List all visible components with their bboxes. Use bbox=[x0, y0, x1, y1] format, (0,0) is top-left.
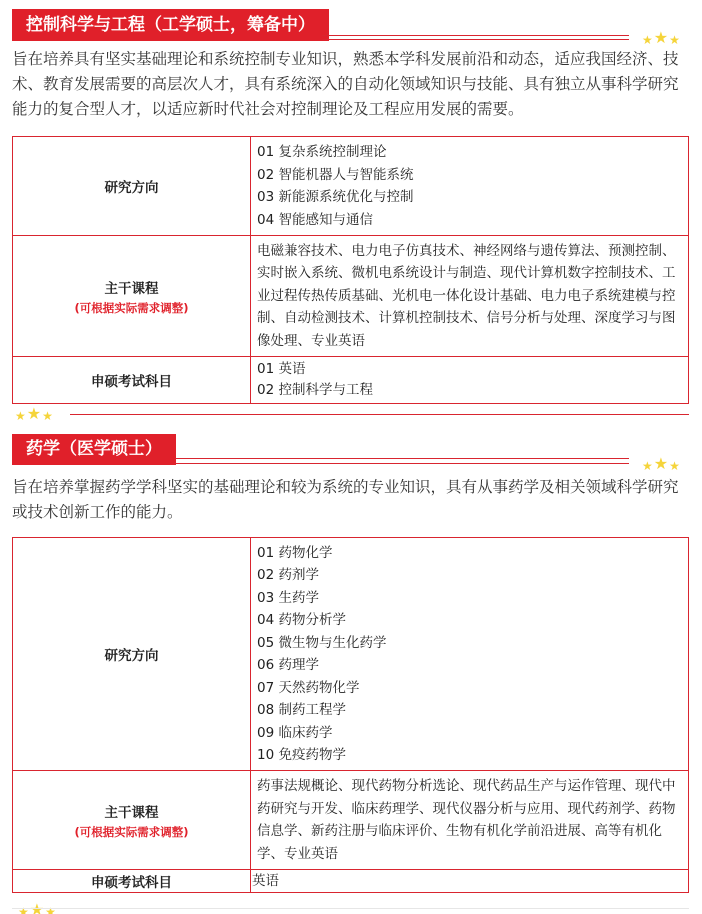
exam-label: 申硕考试科目 bbox=[13, 357, 251, 404]
section-title: 控制科学与工程（工学硕士，筹备中） bbox=[12, 9, 329, 41]
table-row: 研究方向 01 复杂系统控制理论 02 智能机器人与智能系统 03 新能源系统优… bbox=[13, 137, 689, 236]
research-label: 研究方向 bbox=[13, 538, 251, 771]
section-control-science: 控制科学与工程（工学硕士，筹备中） ★ ★ ★ 旨在培养具有坚实基础理论和系统控… bbox=[0, 9, 702, 41]
section-intro: 旨在培养掌握药学学科坚实的基础理论和较为系统的专业知识，具有从事药学及相关领域科… bbox=[12, 475, 692, 525]
exam-list: 英语 bbox=[251, 870, 689, 893]
list-item: 03 生药学 bbox=[257, 587, 682, 610]
program-table: 研究方向 01 复杂系统控制理论 02 智能机器人与智能系统 03 新能源系统优… bbox=[12, 136, 689, 404]
courses-label: 主干课程 bbox=[105, 805, 159, 821]
table-row: 主干课程 (可根据实际需求调整) 药事法规概论、现代药物分析选论、现代药品生产与… bbox=[13, 771, 689, 870]
star-icon: ★ bbox=[642, 460, 653, 472]
table-row: 申硕考试科目 英语 bbox=[13, 870, 689, 893]
list-item: 02 智能机器人与智能系统 bbox=[257, 164, 682, 187]
table-row: 申硕考试科目 01 英语 02 控制科学与工程 bbox=[13, 357, 689, 404]
list-item: 06 药理学 bbox=[257, 654, 682, 677]
exam-label: 申硕考试科目 bbox=[13, 870, 251, 893]
list-item: 09 临床药学 bbox=[257, 722, 682, 745]
list-item: 01 英语 bbox=[257, 359, 682, 380]
star-icon: ★ bbox=[654, 30, 668, 46]
list-item: 04 药物分析学 bbox=[257, 609, 682, 632]
star-icon: ★ bbox=[27, 406, 41, 422]
research-list: 01 复杂系统控制理论 02 智能机器人与智能系统 03 新能源系统优化与控制 … bbox=[251, 137, 689, 236]
list-item: 07 天然药物化学 bbox=[257, 677, 682, 700]
table-row: 研究方向 01 药物化学 02 药剂学 03 生药学 04 药物分析学 05 微… bbox=[13, 538, 689, 771]
list-item: 01 药物化学 bbox=[257, 542, 682, 565]
section-title: 药学（医学硕士） bbox=[12, 434, 176, 465]
star-icon: ★ bbox=[669, 34, 680, 46]
section-divider bbox=[70, 414, 689, 415]
list-item: 英语 bbox=[252, 871, 687, 891]
star-icon: ★ bbox=[642, 34, 653, 46]
stars-decoration: ★ ★ ★ bbox=[642, 30, 680, 46]
star-icon: ★ bbox=[42, 410, 53, 422]
star-icon: ★ bbox=[654, 456, 668, 472]
courses-note: (可根据实际需求调整) bbox=[14, 824, 249, 840]
section-header: 药学（医学硕士） ★ ★ ★ bbox=[0, 434, 702, 465]
list-item: 01 复杂系统控制理论 bbox=[257, 141, 682, 164]
courses-note: (可根据实际需求调整) bbox=[14, 300, 249, 316]
header-divider bbox=[174, 463, 629, 464]
courses-label-cell: 主干课程 (可根据实际需求调整) bbox=[13, 236, 251, 357]
courses-text: 电磁兼容技术、电力电子仿真技术、神经网络与遗传算法、预测控制、实时嵌入系统、微机… bbox=[251, 236, 689, 357]
section-pharmacy: 药学（医学硕士） ★ ★ ★ 旨在培养掌握药学学科坚实的基础理论和较为系统的专业… bbox=[0, 434, 702, 465]
header-divider bbox=[322, 39, 629, 40]
header-divider bbox=[174, 458, 629, 459]
stars-decoration: ★ ★ ★ bbox=[642, 456, 680, 472]
table-row: 主干课程 (可根据实际需求调整) 电磁兼容技术、电力电子仿真技术、神经网络与遗传… bbox=[13, 236, 689, 357]
section-header: 控制科学与工程（工学硕士，筹备中） ★ ★ ★ bbox=[0, 9, 702, 41]
list-item: 10 免疫药物学 bbox=[257, 744, 682, 767]
program-table: 研究方向 01 药物化学 02 药剂学 03 生药学 04 药物分析学 05 微… bbox=[12, 537, 689, 893]
header-divider bbox=[322, 35, 629, 36]
list-item: 08 制药工程学 bbox=[257, 699, 682, 722]
research-label: 研究方向 bbox=[13, 137, 251, 236]
section-intro: 旨在培养具有坚实基础理论和系统控制专业知识，熟悉本学科发展前沿和动态，适应我国经… bbox=[12, 47, 692, 122]
research-list: 01 药物化学 02 药剂学 03 生药学 04 药物分析学 05 微生物与生化… bbox=[251, 538, 689, 771]
list-item: 05 微生物与生化药学 bbox=[257, 632, 682, 655]
list-item: 02 控制科学与工程 bbox=[257, 380, 682, 401]
courses-label: 主干课程 bbox=[105, 281, 159, 297]
courses-label-cell: 主干课程 (可根据实际需求调整) bbox=[13, 771, 251, 870]
courses-text: 药事法规概论、现代药物分析选论、现代药品生产与运作管理、现代中药研究与开发、临床… bbox=[251, 771, 689, 870]
exam-list: 01 英语 02 控制科学与工程 bbox=[251, 357, 689, 404]
list-item: 03 新能源系统优化与控制 bbox=[257, 186, 682, 209]
star-icon: ★ bbox=[15, 410, 26, 422]
bottom-divider bbox=[12, 908, 689, 909]
list-item: 02 药剂学 bbox=[257, 564, 682, 587]
stars-decoration: ★ ★ ★ bbox=[15, 406, 53, 422]
star-icon: ★ bbox=[669, 460, 680, 472]
list-item: 04 智能感知与通信 bbox=[257, 209, 682, 232]
